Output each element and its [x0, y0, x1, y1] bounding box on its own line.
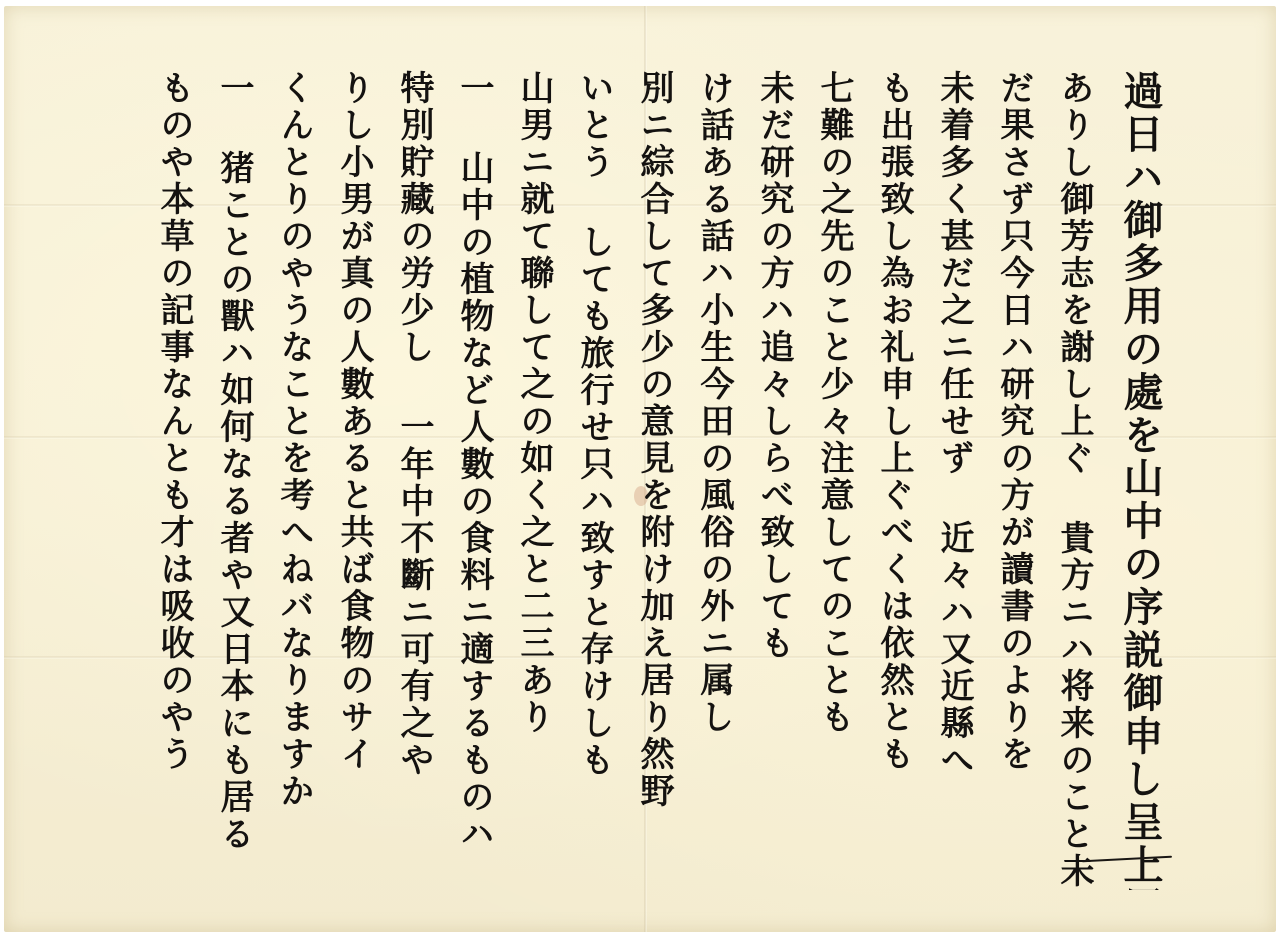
- text-column: 過日ハ御多用の處を山中の序説御申し呈上置候: [1104, 70, 1170, 890]
- text-column: 一 山中の植物など人數の食料ニ適するものハ: [444, 70, 504, 890]
- text-column: ものや本草の記事なんとも才は吸收のやう: [144, 70, 204, 890]
- handwritten-text-body: 過日ハ御多用の處を山中の序説御申し呈上置候 ありし御芳志を謝し上ぐ 貴方ニハ将来…: [144, 70, 1170, 890]
- text-column: も出張致し為お礼申し上ぐべくは依然とも: [864, 70, 924, 890]
- text-column: 七難の之先のこと少々注意してのことも: [804, 70, 864, 890]
- text-column: け話ある話ハ小生今田の風俗の外ニ属し: [684, 70, 744, 890]
- text-column: 別ニ綜合して多少の意見を附け加え居り然野: [624, 70, 684, 890]
- text-column: 特別貯藏の労少し 一年中不斷ニ可有之や: [384, 70, 444, 890]
- text-column: りし小男が真の人數あると共ば食物のサイ: [324, 70, 384, 890]
- text-column: いとう しても旅行せ只ハ致すと存けしも: [564, 70, 624, 890]
- text-column: ありし御芳志を謝し上ぐ 貴方ニハ将来のこと未: [1044, 70, 1104, 890]
- text-column: 未だ研究の方ハ追々しらべ致しても: [744, 70, 804, 890]
- text-column: くんとりのやうなことを考へねバなりますか: [264, 70, 324, 890]
- text-column: 未着多く甚だ之ニ任せず 近々ハ又近縣へ: [924, 70, 984, 890]
- text-column: だ果さず只今日ハ研究の方が讀書のよりを: [984, 70, 1044, 890]
- text-column: 一 猪ことの獸ハ如何なる者や又日本にも居る: [204, 70, 264, 890]
- text-column: 山男ニ就て聯して之の如く之と二三あり: [504, 70, 564, 890]
